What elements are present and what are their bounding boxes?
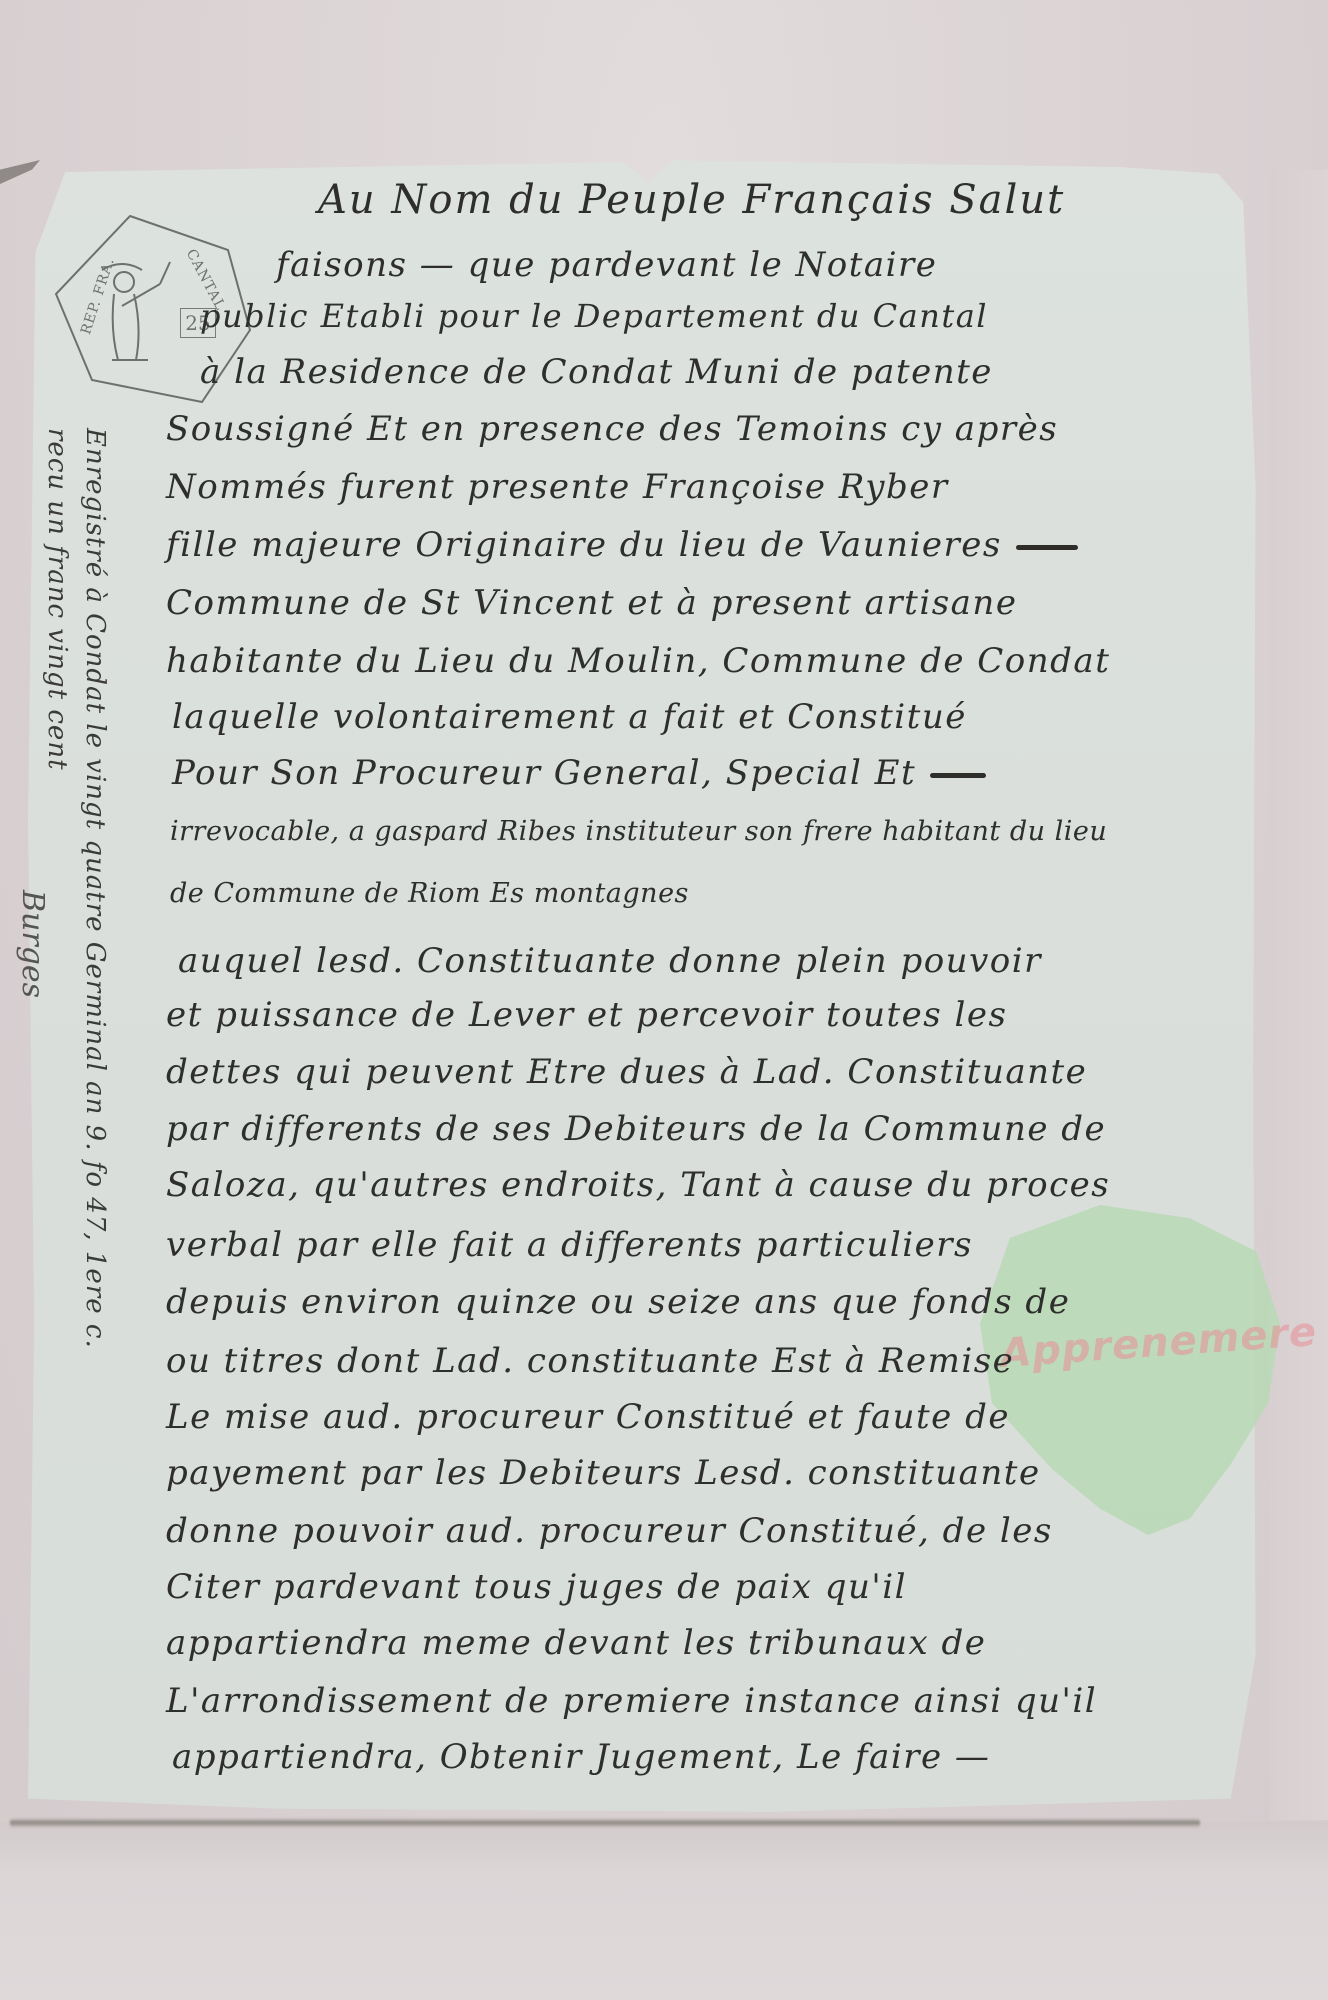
text-line: appartiendra meme devant les tribunaux d… (166, 1626, 986, 1660)
text-line: payement par les Debiteurs Lesd. constit… (166, 1456, 1041, 1490)
margin-fee-note: recu un franc vingt cent (42, 428, 72, 771)
text-line: Commune de St Vincent et à present artis… (166, 586, 1017, 620)
margin-signature: Burges (15, 890, 50, 998)
heading-line: Au Nom du Peuple Français Salut (318, 180, 1065, 220)
text-line: Le mise aud. procureur Constitué et faut… (166, 1400, 1010, 1434)
text-line: ou titres dont Lad. constituante Est à R… (166, 1344, 1014, 1378)
text-line: depuis environ quinze ou seize ans que f… (166, 1285, 1070, 1319)
line-end-dash (1016, 545, 1078, 550)
text-line: dettes qui peuvent Etre dues à Lad. Cons… (166, 1055, 1087, 1089)
fold-crease (10, 1818, 1200, 1828)
text-line: Pour Son Procureur General, Special Et (172, 756, 986, 790)
lower-paper-fold (0, 1822, 1328, 2000)
text-line: habitante du Lieu du Moulin, Commune de … (166, 644, 1110, 678)
margin-registration-note: Enregistré à Condat le vingt quatre Germ… (80, 428, 110, 1349)
text-line: de Commune de Riom Es montagnes (170, 880, 689, 907)
line-end-dash (930, 773, 986, 778)
text-line: Soussigné Et en presence des Temoins cy … (166, 412, 1058, 446)
text-line: faisons — que pardevant le Notaire (276, 248, 937, 282)
text-line-content: fille majeure Originaire du lieu de Vaun… (166, 525, 1002, 565)
text-line: auquel lesd. Constituante donne plein po… (178, 944, 1042, 978)
text-line: fille majeure Originaire du lieu de Vaun… (166, 528, 1078, 562)
text-line: Saloza, qu'autres endroits, Tant à cause… (166, 1168, 1110, 1202)
text-line: appartiendra, Obtenir Jugement, Le faire… (172, 1740, 990, 1774)
text-line: Citer pardevant tous juges de paix qu'il (166, 1570, 907, 1604)
text-line: par differents de ses Debiteurs de la Co… (166, 1112, 1106, 1146)
text-line: irrevocable, a gaspard Ribes instituteur… (170, 818, 1107, 845)
text-line-content: Pour Son Procureur General, Special Et (172, 753, 916, 793)
page-right-edge (1270, 170, 1328, 1820)
text-line: à la Residence de Condat Muni de patente (200, 355, 993, 389)
text-line: verbal par elle fait a differents partic… (166, 1228, 973, 1262)
text-line: et puissance de Lever et percevoir toute… (166, 998, 1007, 1032)
text-line: Nommés furent presente Françoise Ryber (166, 470, 949, 504)
text-line: L'arrondissement de premiere instance ai… (166, 1684, 1097, 1718)
text-line: public Etabli pour le Departement du Can… (200, 300, 988, 332)
text-line: laquelle volontairement a fait et Consti… (172, 700, 967, 734)
text-line: donne pouvoir aud. procureur Constitué, … (166, 1514, 1053, 1548)
